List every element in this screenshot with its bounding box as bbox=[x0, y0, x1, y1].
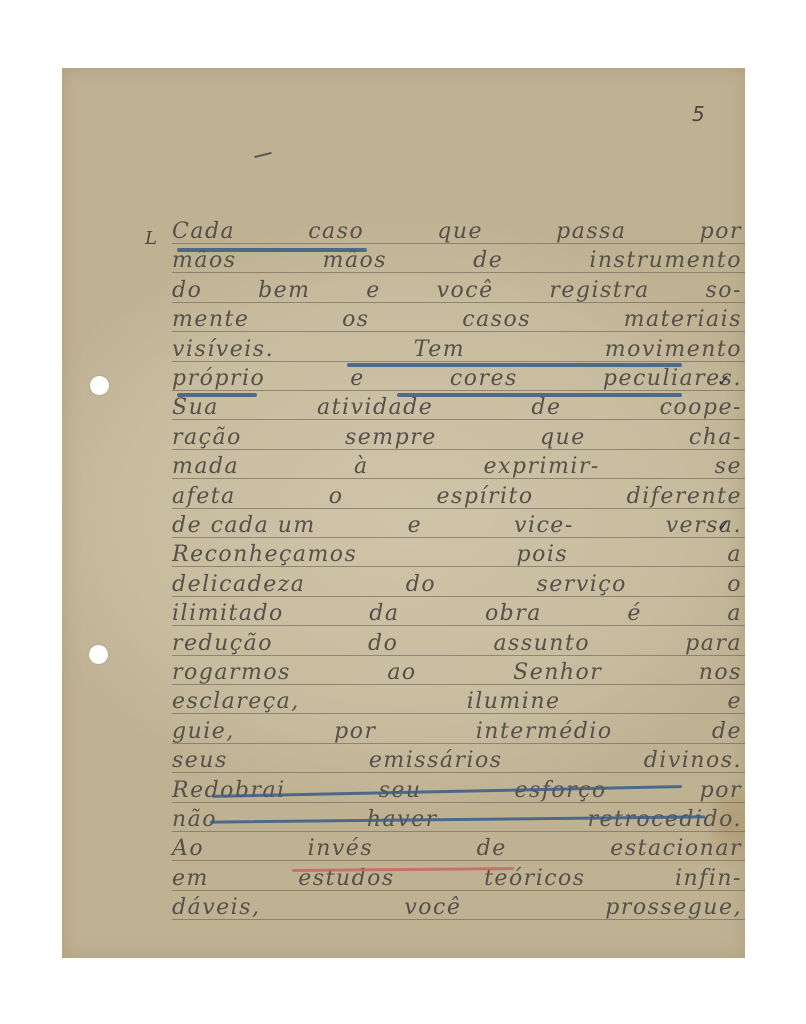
text-line: madaàexprimir-se bbox=[172, 451, 742, 479]
handwritten-word: retrocedido. bbox=[587, 807, 742, 832]
blue-underline-proprio bbox=[177, 393, 257, 397]
handwritten-word: você bbox=[437, 278, 494, 303]
text-line: de cada umevice-versa. bbox=[172, 510, 742, 538]
handwritten-word: para bbox=[685, 631, 742, 656]
handwritten-word: de bbox=[531, 395, 561, 420]
handwritten-word: Sua bbox=[172, 395, 219, 420]
handwritten-word: mãos bbox=[172, 248, 237, 273]
handwritten-word: sempre bbox=[345, 425, 437, 450]
handwritten-word: do bbox=[406, 572, 436, 597]
text-line: afetaoespíritodiferente bbox=[172, 481, 742, 509]
handwritten-word: versa. bbox=[666, 513, 742, 538]
handwritten-word: por bbox=[334, 719, 376, 744]
text-line: Reconheçamospoisa bbox=[172, 539, 742, 567]
text-line: visíveis.Temmovimento bbox=[172, 334, 742, 362]
handwritten-word: Cada bbox=[172, 219, 235, 244]
handwritten-word: a bbox=[727, 542, 742, 567]
handwritten-word: coope- bbox=[660, 395, 742, 420]
text-line: dobemevocêregistraso- bbox=[172, 275, 742, 303]
handwritten-word: exprimir- bbox=[483, 454, 599, 479]
handwritten-word: esclareça, bbox=[172, 689, 300, 714]
handwritten-word: obra bbox=[485, 601, 542, 626]
handwritten-word: so- bbox=[706, 278, 742, 303]
handwritten-word: registra bbox=[549, 278, 649, 303]
pencil-stray-mark bbox=[254, 152, 272, 158]
text-line: guie,porintermédiode bbox=[172, 716, 742, 744]
handwritten-word: Senhor bbox=[513, 660, 602, 685]
handwritten-word: do bbox=[368, 631, 398, 656]
handwritten-word: ilimitado bbox=[172, 601, 284, 626]
handwritten-word: Redobrai bbox=[172, 778, 286, 803]
handwritten-word: e bbox=[408, 513, 423, 538]
handwritten-word: dáveis, bbox=[172, 895, 260, 920]
handwritten-word: afeta bbox=[172, 484, 236, 509]
text-line: próprioecorespeculiares. bbox=[172, 363, 742, 391]
text-line: seusemissáriosdivinos. bbox=[172, 745, 742, 773]
text-line: raçãosemprequecha- bbox=[172, 422, 742, 450]
handwritten-word: caso bbox=[308, 219, 364, 244]
handwritten-word: de bbox=[712, 719, 742, 744]
handwritten-word: se bbox=[715, 454, 742, 479]
handwritten-word: pois bbox=[517, 542, 569, 567]
handwritten-word: seus bbox=[172, 748, 228, 773]
handwritten-word: mente bbox=[172, 307, 249, 332]
handwritten-word: rogarmos bbox=[172, 660, 291, 685]
handwritten-word: passa bbox=[556, 219, 626, 244]
handwritten-word: à bbox=[354, 454, 369, 479]
punch-hole-upper bbox=[90, 376, 109, 395]
blue-underline-tem-movimento bbox=[347, 363, 682, 367]
handwritten-word: e bbox=[727, 689, 742, 714]
handwritten-word: de cada um bbox=[172, 513, 316, 538]
handwritten-word: ao bbox=[387, 660, 416, 685]
handwritten-word: cores bbox=[450, 366, 518, 391]
handwritten-word: em bbox=[172, 866, 209, 891]
handwritten-word: invés bbox=[308, 836, 373, 861]
handwritten-word: cha- bbox=[689, 425, 742, 450]
check-mark-icon: ✓ bbox=[717, 516, 730, 535]
handwritten-word: os bbox=[342, 307, 370, 332]
handwritten-word: é bbox=[627, 601, 642, 626]
handwritten-word: assunto bbox=[493, 631, 590, 656]
handwritten-word: do bbox=[172, 278, 202, 303]
handwritten-word: que bbox=[437, 219, 483, 244]
handwritten-word: emissários bbox=[369, 748, 503, 773]
handwritten-word: materiais bbox=[624, 307, 742, 332]
handwritten-word: divinos. bbox=[644, 748, 742, 773]
handwritten-word: o bbox=[727, 572, 742, 597]
handwritten-word: ilumine bbox=[467, 689, 561, 714]
handwritten-word: diferente bbox=[627, 484, 742, 509]
handwritten-word: vice- bbox=[514, 513, 574, 538]
blue-underline-cada-caso-que bbox=[177, 248, 367, 252]
text-line: rogarmosaoSenhornos bbox=[172, 657, 742, 685]
handwritten-word: Ao bbox=[172, 836, 204, 861]
handwritten-word: não bbox=[172, 807, 217, 832]
handwritten-word: Reconheçamos bbox=[172, 542, 357, 567]
handwritten-word: mada bbox=[172, 454, 239, 479]
handwritten-word: delicadeza bbox=[172, 572, 305, 597]
handwritten-word: guie, bbox=[172, 719, 235, 744]
handwritten-word: por bbox=[700, 778, 742, 803]
handwritten-word: de bbox=[473, 248, 503, 273]
handwritten-word: o bbox=[329, 484, 344, 509]
handwritten-word: infin- bbox=[675, 866, 742, 891]
text-line: Aoinvésdeestacionar bbox=[172, 833, 742, 861]
handwritten-word: de bbox=[477, 836, 507, 861]
text-line: reduçãodoassuntopara bbox=[172, 628, 742, 656]
text-line: delicadezadoserviçoo bbox=[172, 569, 742, 597]
handwritten-word: redução bbox=[172, 631, 273, 656]
handwritten-word: espírito bbox=[437, 484, 534, 509]
handwritten-word: mãos bbox=[323, 248, 388, 273]
handwritten-word: visíveis. bbox=[172, 337, 274, 362]
handwritten-word: ração bbox=[172, 425, 242, 450]
handwritten-word: e bbox=[366, 278, 381, 303]
text-line: Cadacasoquepassapor bbox=[172, 216, 742, 244]
handwritten-word: estacionar bbox=[610, 836, 742, 861]
handwritten-word: instrumento bbox=[589, 248, 742, 273]
handwritten-word: por bbox=[700, 219, 742, 244]
handwritten-word: movimento bbox=[605, 337, 742, 362]
handwritten-word: Tem bbox=[414, 337, 465, 362]
text-line: ilimitadodaobraéa bbox=[172, 598, 742, 626]
handwritten-word: a bbox=[727, 601, 742, 626]
handwritten-word: e bbox=[350, 366, 365, 391]
paragraph-mark: L bbox=[145, 228, 157, 249]
handwritten-word: intermédio bbox=[476, 719, 613, 744]
page-number: 5 bbox=[692, 102, 705, 126]
punch-hole-lower bbox=[89, 645, 108, 664]
handwritten-word: serviço bbox=[537, 572, 627, 597]
handwritten-word: atividade bbox=[317, 395, 433, 420]
text-line: dáveis,vocêprossegue, bbox=[172, 892, 742, 920]
handwritten-word: você bbox=[404, 895, 461, 920]
handwritten-word: próprio bbox=[172, 366, 265, 391]
handwritten-word: casos bbox=[462, 307, 531, 332]
handwritten-word: da bbox=[369, 601, 399, 626]
handwritten-word: nos bbox=[699, 660, 742, 685]
handwritten-word: prossegue, bbox=[605, 895, 742, 920]
blue-underline-cores-peculiares bbox=[397, 393, 682, 397]
check-mark-icon: ✓ bbox=[717, 371, 730, 390]
handwritten-word: bem bbox=[258, 278, 310, 303]
manuscript-page: 5 L Cadacasoquepassapormãosmãosdeinstrum… bbox=[62, 68, 745, 958]
text-line: menteoscasosmateriais bbox=[172, 304, 742, 332]
text-line: esclareça,iluminee bbox=[172, 686, 742, 714]
handwritten-word: que bbox=[540, 425, 586, 450]
